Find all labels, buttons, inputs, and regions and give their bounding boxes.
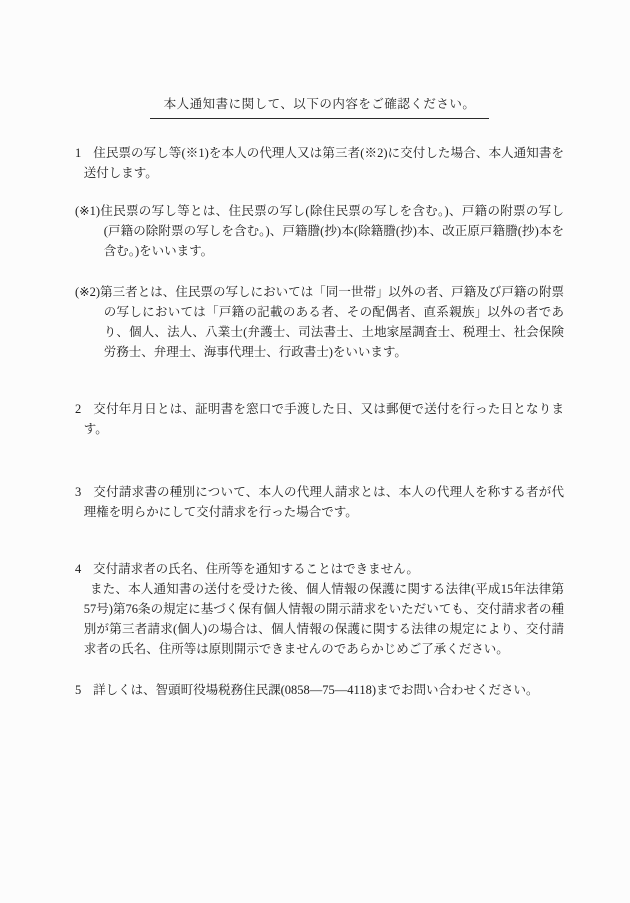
item-4: 4交付請求者の氏名、住所等を通知することはできません。 また、本人通知書の送付を… (75, 559, 564, 659)
note-1: (※1)住民票の写し等とは、住民票の写し(除住民票の写しを含む。)、戸籍の附票の… (75, 201, 564, 261)
item-2-number: 2 (75, 399, 81, 419)
title-row: 本人通知書に関して、以下の内容をご確認ください。 (75, 94, 564, 119)
note-1-marker: (※1) (75, 201, 100, 221)
item-1-text: 住民票の写し等(※1)を本人の代理人又は第三者(※2)に交付した場合、本人通知書… (84, 146, 564, 180)
note-1-text: 住民票の写し等とは、住民票の写し(除住民票の写しを含む。)、戸籍の附票の写し(戸… (100, 204, 564, 258)
document-title: 本人通知書に関して、以下の内容をご確認ください。 (150, 94, 490, 119)
item-5: 5詳しくは、智頭町役場税務住民課(0858―75―4118)までお問い合わせくだ… (75, 680, 564, 700)
document-page: 本人通知書に関して、以下の内容をご確認ください。 1住民票の写し等(※1)を本人… (0, 0, 630, 903)
document-content: 本人通知書に関して、以下の内容をご確認ください。 1住民票の写し等(※1)を本人… (0, 0, 630, 700)
item-1: 1住民票の写し等(※1)を本人の代理人又は第三者(※2)に交付した場合、本人通知… (75, 143, 564, 183)
item-1-number: 1 (75, 143, 81, 163)
item-3-number: 3 (75, 482, 81, 502)
item-2-text: 交付年月日とは、証明書を窓口で手渡した日、又は郵便で送付を行った日となります。 (84, 402, 564, 436)
item-4-text-continued: また、本人通知書の送付を受けた後、個人情報の保護に関する法律(平成15年法律第5… (84, 579, 564, 659)
note-2-marker: (※2) (75, 282, 100, 302)
note-2: (※2)第三者とは、住民票の写しにおいては「同一世帯」以外の者、戸籍及び戸籍の附… (75, 282, 564, 362)
item-3-text: 交付請求書の種別について、本人の代理人請求とは、本人の代理人を称する者が代理権を… (84, 485, 564, 519)
item-2: 2交付年月日とは、証明書を窓口で手渡した日、又は郵便で送付を行った日となります。 (75, 399, 564, 439)
item-4-number: 4 (75, 559, 81, 579)
item-4-text: 交付請求者の氏名、住所等を通知することはできません。 (93, 562, 419, 576)
item-5-text: 詳しくは、智頭町役場税務住民課(0858―75―4118)までお問い合わせくださ… (93, 683, 538, 697)
note-2-text: 第三者とは、住民票の写しにおいては「同一世帯」以外の者、戸籍及び戸籍の附票の写し… (100, 285, 564, 359)
item-5-number: 5 (75, 680, 81, 700)
item-3: 3交付請求書の種別について、本人の代理人請求とは、本人の代理人を称する者が代理権… (75, 482, 564, 522)
item-4-line-1: 4交付請求者の氏名、住所等を通知することはできません。 (84, 559, 564, 579)
